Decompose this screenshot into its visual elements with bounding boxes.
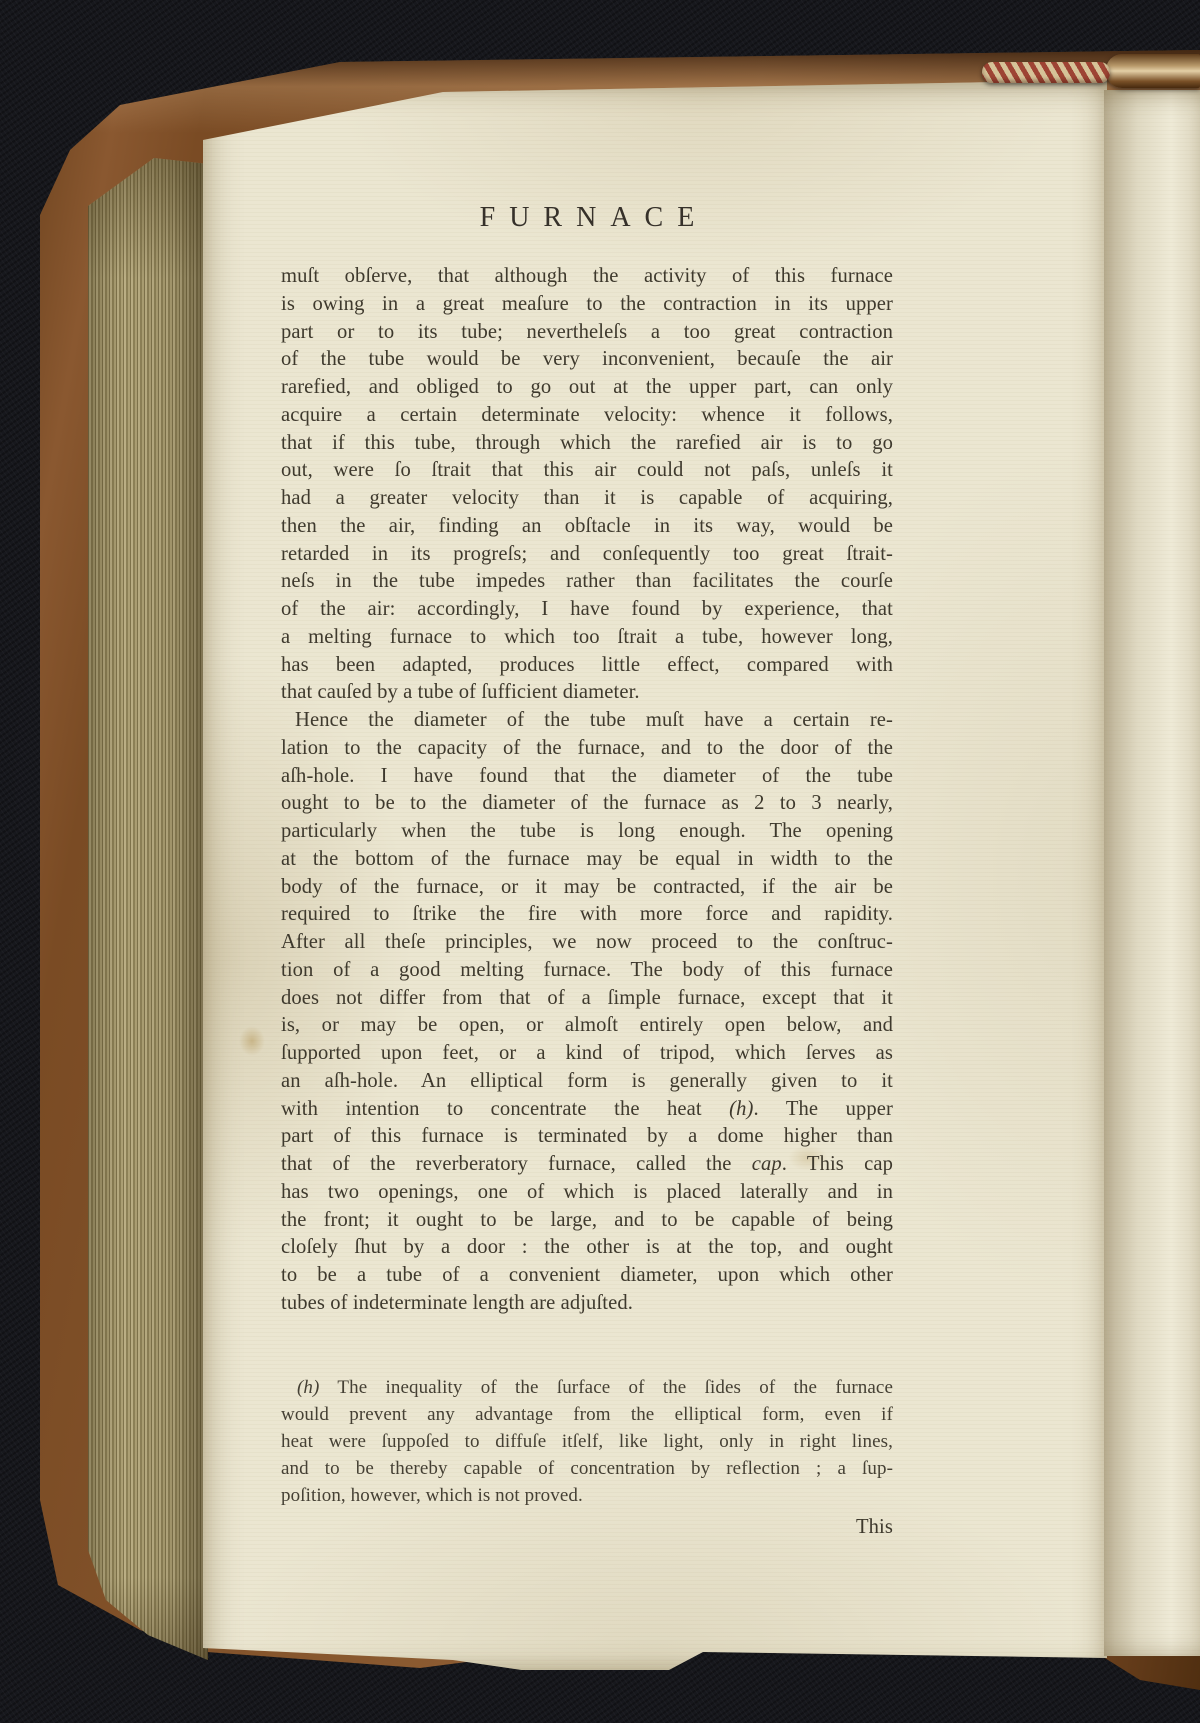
text-line: tubes of indeterminate length are adjuſt…: [281, 1290, 893, 1318]
text-line: is, or may be open, or almoſt entirely o…: [281, 1012, 893, 1040]
printed-text-block: FURNACE muſt obſerve, that although the …: [281, 198, 893, 1541]
headband: [982, 62, 1110, 83]
text-line: ought to be to the diameter of the furna…: [281, 790, 893, 818]
book-fore-edge-pages: [88, 158, 208, 1668]
text-line: heat were ſuppoſed to diffuſe itſelf, li…: [281, 1428, 893, 1455]
text-line: has been adapted, produces little effect…: [281, 652, 893, 680]
text-line: has two openings, one of which is placed…: [281, 1179, 893, 1207]
book-page-recto: FURNACE muſt obſerve, that although the …: [203, 80, 1107, 1670]
text-line: After all theſe principles, we now proce…: [281, 929, 893, 957]
text-line: at the bottom of the furnace may be equa…: [281, 846, 893, 874]
text-line: ſupported upon feet, or a kind of tripod…: [281, 1040, 893, 1068]
text-line: body of the furnace, or it may be contra…: [281, 874, 893, 902]
text-line: is owing in a great meaſure to the contr…: [281, 291, 893, 319]
text-line: would prevent any advantage from the ell…: [281, 1401, 893, 1428]
text-line: particularly when the tube is long enoug…: [281, 818, 893, 846]
text-line: of the tube would be very inconvenient, …: [281, 346, 893, 374]
text-line: had a greater velocity than it is capabl…: [281, 485, 893, 513]
text-line: out, were ſo ſtrait that this air could …: [281, 457, 893, 485]
text-line: (h) The inequality of the ſurface of the…: [281, 1374, 893, 1401]
text-line: does not differ from that of a ſimple fu…: [281, 985, 893, 1013]
text-line: that of the reverberatory furnace, calle…: [281, 1151, 893, 1179]
text-line: lation to the capacity of the furnace, a…: [281, 735, 893, 763]
text-line: neſs in the tube impedes rather than fac…: [281, 568, 893, 596]
text-line: that if this tube, through which the rar…: [281, 430, 893, 458]
facing-page-sliver: [1104, 90, 1200, 1656]
body-paragraph-2: Hence the diameter of the tube muſt have…: [281, 707, 893, 1318]
text-line: muſt obſerve, that although the activity…: [281, 263, 893, 291]
text-line: Hence the diameter of the tube muſt have…: [281, 707, 893, 735]
text-line: an aſh-hole. An elliptical form is gener…: [281, 1068, 893, 1096]
text-line: to be a tube of a convenient diameter, u…: [281, 1262, 893, 1290]
catchword: This: [281, 1514, 893, 1542]
text-line: rarefied, and obliged to go out at the u…: [281, 374, 893, 402]
text-line: then the air, finding an obſtacle in its…: [281, 513, 893, 541]
text-line: with intention to concentrate the heat (…: [281, 1096, 893, 1124]
text-line: poſition, however, which is not proved.: [281, 1482, 893, 1509]
leather-roll-edge: [1106, 54, 1200, 88]
text-line: part or to its tube; nevertheleſs a too …: [281, 319, 893, 347]
text-line: required to ſtrike the fire with more fo…: [281, 901, 893, 929]
footnote: (h) The inequality of the ſurface of the…: [281, 1374, 893, 1509]
text-line: aſh-hole. I have found that the diameter…: [281, 763, 893, 791]
text-line: cloſely ſhut by a door : the other is at…: [281, 1234, 893, 1262]
text-line: tion of a good melting furnace. The body…: [281, 957, 893, 985]
text-line: and to be thereby capable of concentrati…: [281, 1455, 893, 1482]
page-heading: FURNACE: [281, 198, 893, 238]
text-line: the front; it ought to be large, and to …: [281, 1207, 893, 1235]
photo-background: FURNACE muſt obſerve, that although the …: [0, 0, 1200, 1723]
text-line: that cauſed by a tube of ſufficient diam…: [281, 679, 893, 707]
text-line: retarded in its progreſs; and conſequent…: [281, 541, 893, 569]
text-line: a melting furnace to which too ſtrait a …: [281, 624, 893, 652]
text-line: acquire a certain determinate velocity: …: [281, 402, 893, 430]
text-line: part of this furnace is terminated by a …: [281, 1123, 893, 1151]
text-line: of the air: accordingly, I have found by…: [281, 596, 893, 624]
paper-stain: [239, 1026, 265, 1056]
body-paragraph-1: muſt obſerve, that although the activity…: [281, 263, 893, 707]
